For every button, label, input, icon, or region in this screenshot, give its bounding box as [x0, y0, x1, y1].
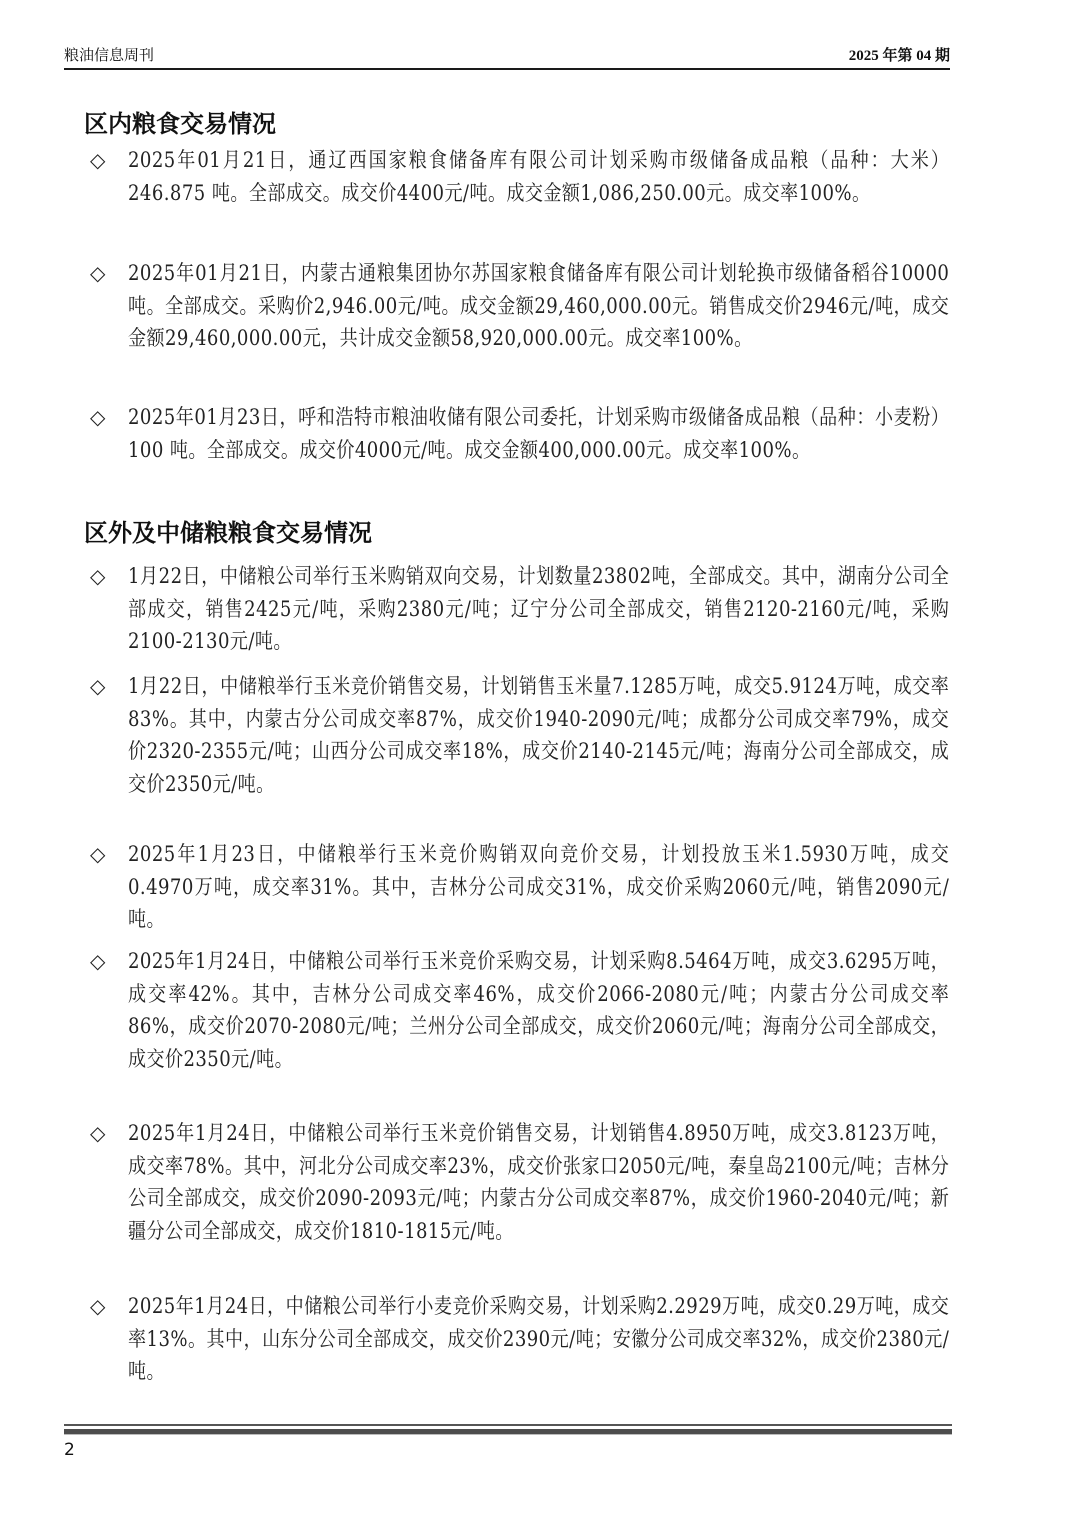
list-item: ◇ 1月22日，中储粮举行玉米竞价销售交易，计划销售玉米量7.1285万吨，成交… [90, 670, 950, 800]
footer-divider-thin [64, 1424, 952, 1426]
diamond-bullet-icon: ◇ [90, 670, 120, 703]
item-text: 2025年1月24日，中储粮公司举行玉米竞价采购交易，计划采购8.5464万吨，… [128, 945, 949, 1075]
section-title-external: 区外及中储粮粮食交易情况 [84, 513, 372, 548]
diamond-bullet-icon: ◇ [90, 257, 120, 290]
page-header: 粮油信息周刊 2025 年第 04 期 [64, 40, 950, 70]
publication-name: 粮油信息周刊 [64, 44, 154, 65]
list-item: ◇ 1月22日，中储粮公司举行玉米购销双向交易，计划数量23802吨，全部成交。… [90, 560, 950, 658]
list-item: ◇ 2025年01月23日，呼和浩特市粮油收储有限公司委托，计划采购市级储备成品… [90, 401, 950, 466]
item-text: 1月22日，中储粮公司举行玉米购销双向交易，计划数量23802吨，全部成交。其中… [128, 560, 949, 658]
diamond-bullet-icon: ◇ [90, 945, 120, 978]
list-item: ◇ 2025年1月24日，中储粮公司举行小麦竞价采购交易，计划采购2.2929万… [90, 1290, 950, 1388]
diamond-bullet-icon: ◇ [90, 144, 120, 177]
section-title-domestic: 区内粮食交易情况 [84, 104, 276, 139]
list-item: ◇ 2025年1月24日，中储粮公司举行玉米竞价销售交易，计划销售4.8950万… [90, 1117, 950, 1247]
footer-divider-thick [64, 1429, 952, 1435]
list-item: ◇ 2025年1月23日，中储粮举行玉米竞价购销双向竞价交易，计划投放玉米1.5… [90, 838, 950, 936]
issue-number: 2025 年第 04 期 [849, 44, 950, 65]
item-text: 2025年01月21日，通辽西国家粮食储备库有限公司计划采购市级储备成品粮（品种… [128, 144, 949, 209]
item-text: 2025年01月21日，内蒙古通粮集团协尔苏国家粮食储备库有限公司计划轮换市级储… [128, 257, 949, 355]
diamond-bullet-icon: ◇ [90, 1290, 120, 1323]
list-item: ◇ 2025年01月21日，通辽西国家粮食储备库有限公司计划采购市级储备成品粮（… [90, 144, 950, 209]
page-number: 2 [64, 1440, 75, 1460]
diamond-bullet-icon: ◇ [90, 560, 120, 593]
diamond-bullet-icon: ◇ [90, 838, 120, 871]
item-text: 2025年1月24日，中储粮公司举行小麦竞价采购交易，计划采购2.2929万吨，… [128, 1290, 949, 1388]
list-item: ◇ 2025年01月21日，内蒙古通粮集团协尔苏国家粮食储备库有限公司计划轮换市… [90, 257, 950, 355]
item-text: 2025年1月24日，中储粮公司举行玉米竞价销售交易，计划销售4.8950万吨，… [128, 1117, 949, 1247]
diamond-bullet-icon: ◇ [90, 401, 120, 434]
list-item: ◇ 2025年1月24日，中储粮公司举行玉米竞价采购交易，计划采购8.5464万… [90, 945, 950, 1075]
item-text: 2025年1月23日，中储粮举行玉米竞价购销双向竞价交易，计划投放玉米1.593… [128, 838, 949, 936]
item-text: 1月22日，中储粮举行玉米竞价销售交易，计划销售玉米量7.1285万吨，成交5.… [128, 670, 949, 800]
item-text: 2025年01月23日，呼和浩特市粮油收储有限公司委托，计划采购市级储备成品粮（… [128, 401, 949, 466]
diamond-bullet-icon: ◇ [90, 1117, 120, 1150]
